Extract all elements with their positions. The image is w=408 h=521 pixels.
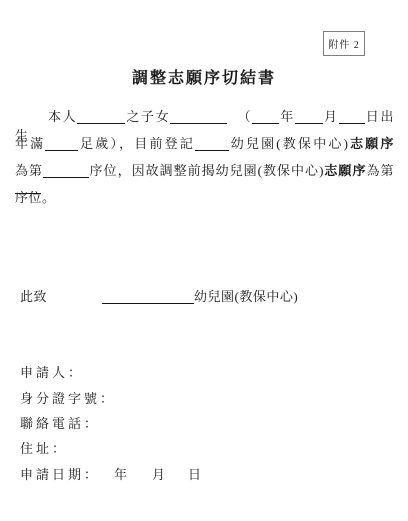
- applicant-label: 申請人：: [20, 365, 84, 380]
- text-segment: 足歲），目前登記: [78, 136, 195, 151]
- text-segment: 為第: [15, 163, 43, 178]
- year-label: 年: [114, 467, 130, 482]
- month-label: 月: [152, 467, 168, 482]
- attachment-label: 附件 2: [328, 36, 360, 51]
- document-page: 附件 2 調整志願序切結書 本人之子女（年月日出生， 年滿足歲），目前登記幼兒園…: [0, 0, 408, 521]
- text-segment: 年: [279, 109, 295, 124]
- blank-birth-month-field: [295, 111, 323, 124]
- body-line-1: 本人之子女（年月日出生，: [15, 106, 394, 126]
- text-segment: 本人: [48, 109, 77, 124]
- salutation-line: 此致幼兒園(教保中心): [20, 286, 298, 305]
- day-label: 日: [188, 467, 204, 482]
- body-line-2: 年滿足歲），目前登記幼兒園(教保中心)志願序: [15, 133, 394, 153]
- blank-applicant-name-field: [77, 111, 125, 124]
- spacer: [130, 478, 152, 479]
- text-segment: 年滿: [15, 136, 45, 151]
- applicant-line: 申請人：: [20, 362, 84, 380]
- blank-salutation-kindergarten-field: [102, 291, 194, 304]
- text-segment: 為第: [366, 163, 394, 178]
- text-segment: 幼兒園(教保中心): [229, 136, 348, 151]
- body-line-3: 為第序位，因故調整前揭幼兒園(教保中心)志願序為第: [15, 160, 394, 180]
- salutation-suffix: 幼兒園(教保中心): [194, 289, 298, 304]
- blank-kindergarten-name-field: [195, 138, 229, 151]
- text-segment-bold: 志願序: [324, 163, 367, 178]
- text-segment: 序位。: [15, 190, 56, 205]
- text-segment: （: [236, 109, 252, 124]
- phone-label: 聯絡電話：: [20, 416, 100, 431]
- date-label: 申請日期：: [20, 467, 100, 482]
- text-segment: 序位，因故調整前揭幼兒園(教保中心): [89, 163, 324, 178]
- address-line: 住址：: [20, 438, 68, 456]
- blank-child-name-field: [170, 111, 227, 124]
- blank-birth-day-field: [339, 111, 365, 124]
- salutation-prefix: 此致: [20, 289, 47, 304]
- attachment-badge: 附件 2: [323, 31, 365, 56]
- spacer: [168, 478, 188, 479]
- spacer: [227, 120, 236, 121]
- address-label: 住址：: [20, 441, 68, 456]
- blank-current-priority-field: [43, 165, 89, 178]
- id-number-label: 身分證字號：: [20, 391, 116, 406]
- spacer: [47, 300, 102, 301]
- blank-birth-year-field: [252, 111, 279, 124]
- text-segment-bold: 志願序: [348, 136, 394, 151]
- doc-title: 調整志願序切結書: [0, 65, 408, 88]
- application-date-line: 申請日期：年月日: [20, 464, 204, 482]
- spacer: [100, 478, 114, 479]
- body-line-4: 序位。: [15, 187, 394, 207]
- phone-line: 聯絡電話：: [20, 413, 100, 431]
- text-segment: 之子女: [125, 109, 170, 124]
- id-number-line: 身分證字號：: [20, 388, 116, 406]
- blank-age-field: [45, 138, 78, 151]
- text-segment: 月: [323, 109, 339, 124]
